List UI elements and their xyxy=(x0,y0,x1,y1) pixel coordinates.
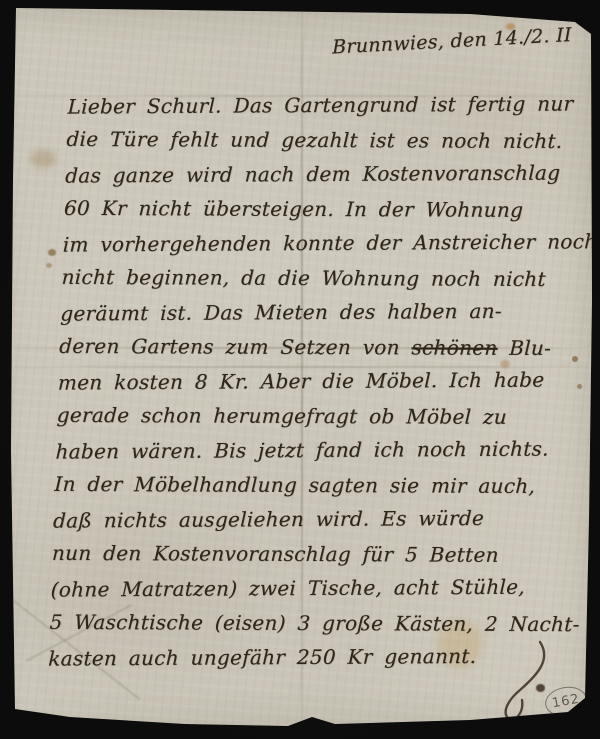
letter-paper: Brunnwies, den 14./2. II Lieber Schurl. … xyxy=(0,0,600,739)
ink-dot-near-stamp xyxy=(536,684,545,692)
handwriting-line-with-strikethrough: deren Gartens zum Setzen von schönen Blu… xyxy=(59,328,575,365)
handwriting-line: kasten auch ungefähr 250 Kr genannt. xyxy=(48,638,564,676)
handwriting-line: In der Möbelhandlung sagten sie mir auch… xyxy=(54,466,570,503)
handwriting-line: 5 Waschtische (eisen) 3 große Kästen, 2 … xyxy=(49,604,565,641)
handwriting-line: Lieber Schurl. Das Gartengrund ist ferti… xyxy=(67,86,583,124)
handwriting-line: men kosten 8 Kr. Aber die Möbel. Ich hab… xyxy=(57,362,573,400)
handwriting-line: haben wären. Bis jetzt fand ich noch nic… xyxy=(55,431,571,469)
photo-background: Brunnwies, den 14./2. II Lieber Schurl. … xyxy=(0,0,600,739)
stain-left-dot-2 xyxy=(46,263,52,268)
stamp-number: 162 xyxy=(551,692,581,712)
handwriting-line: 60 Kr nicht übersteigen. In der Wohnung xyxy=(63,190,579,227)
handwriting-line: die Türe fehlt und gezahlt ist es noch n… xyxy=(66,121,582,158)
handwriting-line: daß nichts ausgeliehen wird. Es würde xyxy=(53,500,569,538)
handwriting-line: nicht beginnen, da die Wohnung noch nich… xyxy=(61,259,577,296)
handwriting-line: nun den Kostenvoranschlag für 5 Betten xyxy=(51,535,567,572)
stain-left-smudge xyxy=(30,150,56,168)
handwriting-line: im vorhergehenden konnte der Anstreicher… xyxy=(62,224,578,262)
stain-right-dot-2 xyxy=(577,384,582,389)
line-text: Blu- xyxy=(497,335,552,359)
line-text: deren Gartens zum Setzen von xyxy=(59,333,412,359)
handwriting-line: (ohne Matratzen) zwei Tische, acht Stühl… xyxy=(50,569,566,607)
handwriting-line: geräumt ist. Das Mieten des halben an- xyxy=(60,293,576,331)
struck-through-word: schönen xyxy=(411,335,498,359)
archival-number-stamp: 162 xyxy=(543,684,589,720)
handwriting-line: gerade schon herumgefragt ob Möbel zu xyxy=(56,397,572,434)
handwriting-line: das ganze wird nach dem Kostenvoranschla… xyxy=(65,155,581,193)
letter-body: Lieber Schurl. Das Gartengrund ist ferti… xyxy=(48,88,583,675)
stain-left-dot-1 xyxy=(48,249,56,256)
dateline: Brunnwies, den 14./2. II xyxy=(332,23,582,58)
